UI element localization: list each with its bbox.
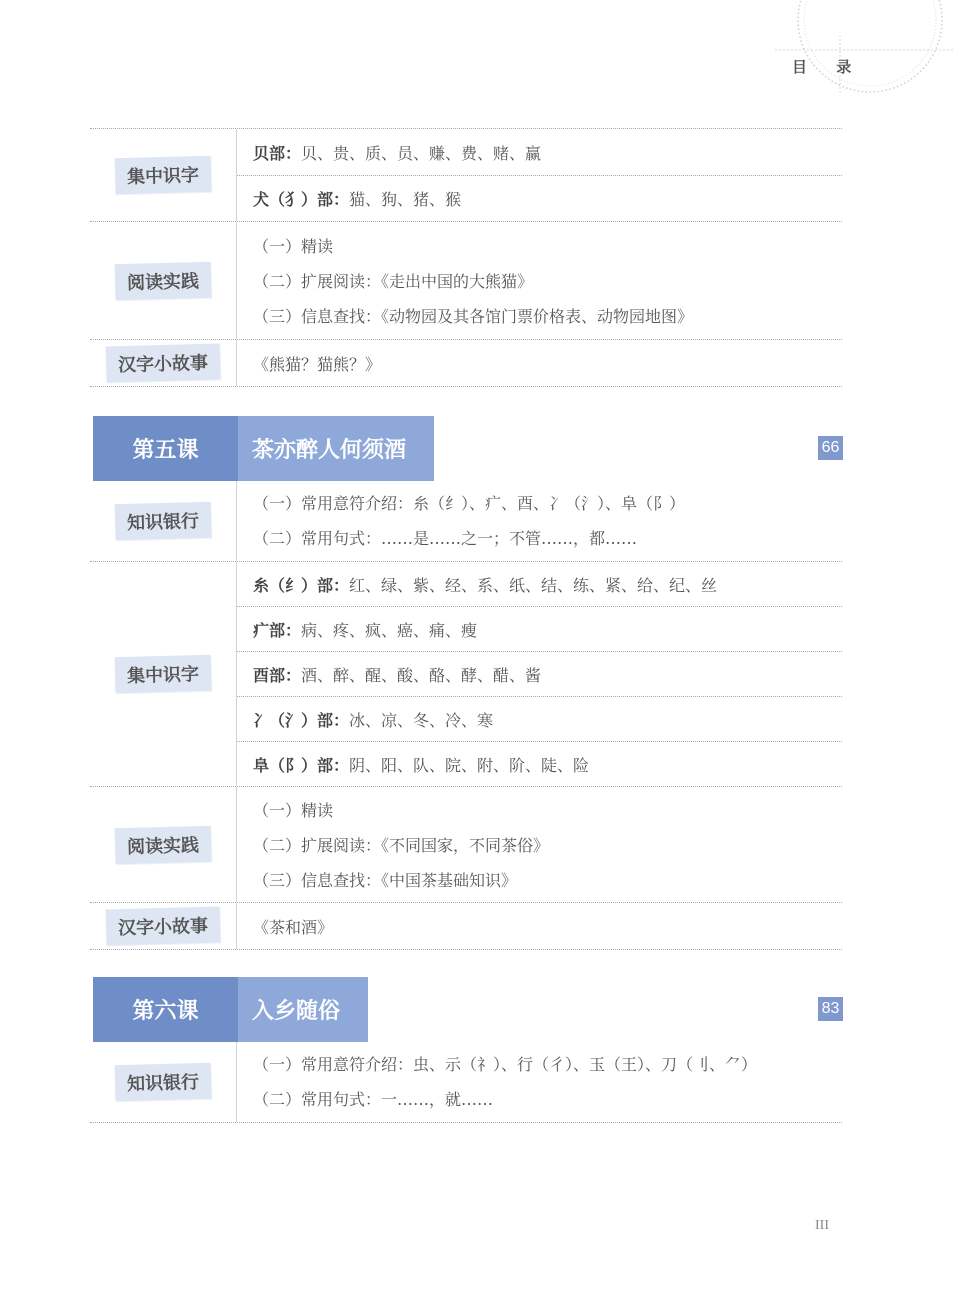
- header-decoration-icon: [770, 0, 960, 105]
- section-label: 知识银行: [115, 502, 212, 541]
- toc-row-concentrated-characters: 集中识字 贝部：贝、贵、质、员、赚、费、赌、赢 犬（犭）部：猫、狗、猪、猴: [90, 128, 842, 222]
- lesson-page-number: 83: [818, 997, 843, 1021]
- toc-row-knowledge-bank: 知识银行 （一）常用意符介绍：虫、示（礻）、行（彳）、玉（王）、刀（刂、⺈） （…: [90, 1042, 842, 1123]
- toc-entry[interactable]: 糸（纟）部：红、绿、紫、经、系、纸、结、练、紧、给、纪、丝: [237, 562, 842, 606]
- toc-row-knowledge-bank: 知识银行 （一）常用意符介绍：糸（纟）、疒、酉、冫（氵）、阜（阝） （二）常用句…: [90, 481, 842, 562]
- toc-entry[interactable]: 《茶和酒》: [237, 903, 842, 949]
- toc-entry[interactable]: （一）精读: [237, 792, 842, 827]
- section-label: 汉字小故事: [106, 907, 221, 946]
- section-label: 阅读实践: [115, 825, 212, 864]
- section-label: 集中识字: [115, 655, 212, 694]
- toc-row-reading-practice: 阅读实践 （一）精读 （二）扩展阅读：《走出中国的大熊猫》 （三）信息查找：《动…: [90, 222, 842, 340]
- lesson-6-header[interactable]: 第六课 入乡随俗 83: [93, 977, 843, 1042]
- toc-entry[interactable]: 酉部：酒、醉、醒、酸、酪、酵、醋、酱: [237, 651, 842, 696]
- toc-row-reading-practice: 阅读实践 （一）精读 （二）扩展阅读：《不同国家，不同茶俗》 （三）信息查找：《…: [90, 787, 842, 903]
- lesson-page-number: 66: [818, 436, 843, 460]
- lesson-5-header[interactable]: 第五课 茶亦醉人何须酒 66: [93, 416, 843, 481]
- page-number: III: [815, 1218, 829, 1234]
- toc-row-concentrated-characters: 集中识字 糸（纟）部：红、绿、紫、经、系、纸、结、练、紧、给、纪、丝 疒部：病、…: [90, 562, 842, 787]
- toc-entry[interactable]: （二）常用句式：一……，就……: [237, 1081, 842, 1116]
- toc-entry[interactable]: （三）信息查找：《动物园及其各馆门票价格表、动物园地图》: [237, 298, 842, 333]
- toc-row-character-story: 汉字小故事 《茶和酒》: [90, 903, 842, 950]
- toc-entry[interactable]: （一）精读: [237, 228, 842, 263]
- toc-entry[interactable]: 犬（犭）部：猫、狗、猪、猴: [237, 175, 842, 221]
- section-label: 阅读实践: [115, 261, 212, 300]
- toc-entry[interactable]: 疒部：病、疼、疯、癌、痛、瘦: [237, 606, 842, 651]
- lesson-title: 入乡随俗: [238, 977, 368, 1042]
- toc-entry[interactable]: （三）信息查找：《中国茶基础知识》: [237, 862, 842, 897]
- toc-entry[interactable]: （二）扩展阅读：《走出中国的大熊猫》: [237, 263, 842, 298]
- toc-entry[interactable]: 贝部：贝、贵、质、员、赚、费、赌、赢: [237, 129, 842, 175]
- toc-entry[interactable]: 阜（阝）部：阴、阳、队、院、附、阶、陡、险: [237, 741, 842, 786]
- section-label: 知识银行: [115, 1063, 212, 1102]
- lesson-number: 第六课: [93, 977, 238, 1042]
- section-label: 汉字小故事: [106, 344, 221, 383]
- toc-entry[interactable]: （二）常用句式：……是……之一；不管……，都……: [237, 520, 842, 555]
- page-header-title: 目 录: [792, 56, 863, 77]
- lesson-title: 茶亦醉人何须酒: [238, 416, 434, 481]
- toc-entry[interactable]: （二）扩展阅读：《不同国家，不同茶俗》: [237, 827, 842, 862]
- toc-section-lesson-6: 知识银行 （一）常用意符介绍：虫、示（礻）、行（彳）、玉（王）、刀（刂、⺈） （…: [90, 1042, 842, 1123]
- toc-section-previous-lesson: 集中识字 贝部：贝、贵、质、员、赚、费、赌、赢 犬（犭）部：猫、狗、猪、猴 阅读…: [90, 128, 842, 387]
- toc-entry[interactable]: （一）常用意符介绍：糸（纟）、疒、酉、冫（氵）、阜（阝）: [237, 485, 842, 520]
- toc-section-lesson-5: 知识银行 （一）常用意符介绍：糸（纟）、疒、酉、冫（氵）、阜（阝） （二）常用句…: [90, 481, 842, 950]
- toc-row-character-story: 汉字小故事 《熊猫？猫熊？》: [90, 340, 842, 387]
- toc-entry[interactable]: 冫（氵）部：冰、凉、冬、冷、寒: [237, 696, 842, 741]
- toc-entry[interactable]: 《熊猫？猫熊？》: [237, 340, 842, 386]
- toc-entry[interactable]: （一）常用意符介绍：虫、示（礻）、行（彳）、玉（王）、刀（刂、⺈）: [237, 1046, 842, 1081]
- lesson-number: 第五课: [93, 416, 238, 481]
- section-label: 集中识字: [115, 156, 212, 195]
